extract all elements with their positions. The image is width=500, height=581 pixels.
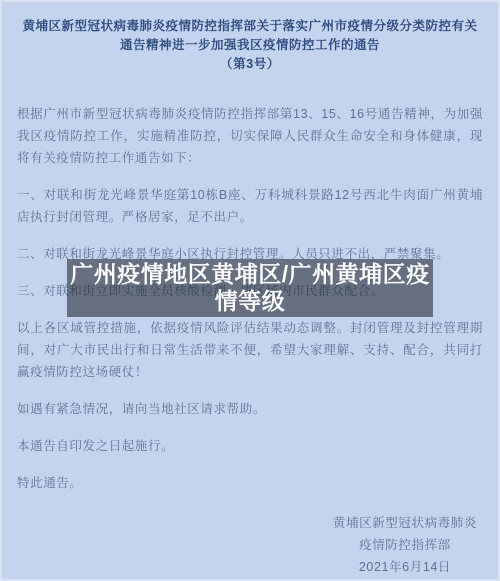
paragraph-item-1: 一、对联和街龙光峰景华庭第10栋B座、万科城科景路12号西北牛肉面广州黄埔店执行… xyxy=(17,184,483,228)
signature-org-line1: 黄埔区新型冠状病毒肺炎 xyxy=(333,512,477,534)
signature-block: 黄埔区新型冠状病毒肺炎 疫情防控指挥部 2021年6月14日 xyxy=(333,512,477,578)
paragraph-closing: 特此通告。 xyxy=(17,472,483,494)
paragraph-effective-date: 本通告自印发之日起施行。 xyxy=(17,435,483,457)
paragraph-emergency: 如遇有紧急情况，请向当地社区请求帮助。 xyxy=(17,398,483,420)
notice-document-page: 黄埔区新型冠状病毒肺炎疫情防控指挥部关于落实广州市疫情分级分类防控有关通告精神进… xyxy=(0,0,500,581)
document-title-number: （第3号） xyxy=(17,55,483,74)
caption-overlay-text: 广州疫情地区黄埔区/广州黄埔区疫情等级 xyxy=(68,261,432,315)
signature-date: 2021年6月14日 xyxy=(333,556,477,578)
paragraph-intro: 根据广州市新型冠状病毒肺炎疫情防控指挥部第13、15、16号通告精神，为加强我区… xyxy=(17,103,483,169)
signature-org-line2: 疫情防控指挥部 xyxy=(333,534,477,556)
document-title: 黄埔区新型冠状病毒肺炎疫情防控指挥部关于落实广州市疫情分级分类防控有关通告精神进… xyxy=(17,17,483,55)
caption-overlay: 广州疫情地区黄埔区/广州黄埔区疫情等级 xyxy=(67,259,433,317)
paragraph-measures: 以上各区域管控措施，依据疫情风险评估结果动态调整。封闭管理及封控管理期间，对广大… xyxy=(17,317,483,383)
